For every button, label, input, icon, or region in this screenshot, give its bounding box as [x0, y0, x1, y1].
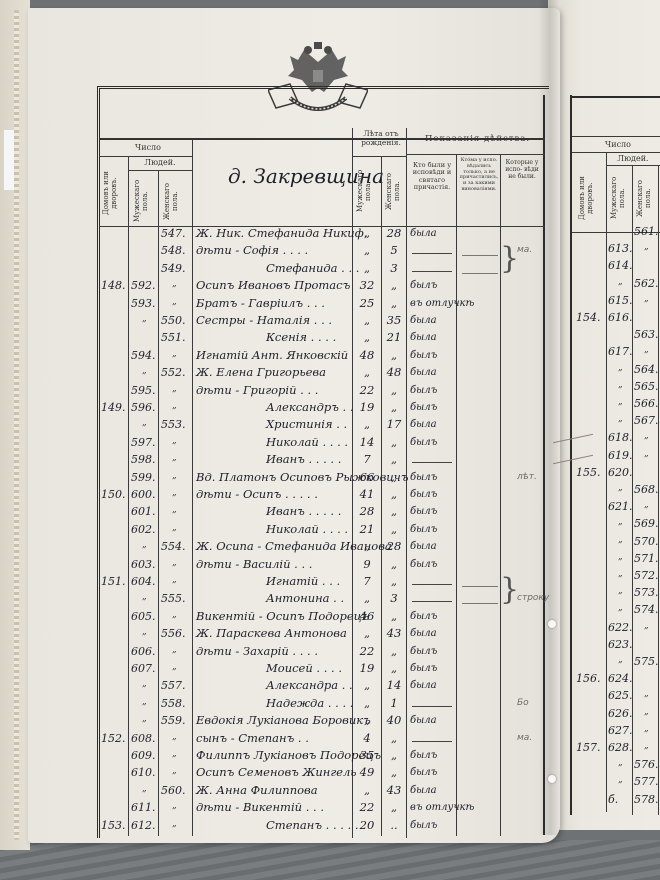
right-female-number: „ — [644, 742, 649, 751]
male-number: 612. — [131, 820, 156, 831]
person-name: Антонина . . — [266, 593, 344, 605]
age-female: „ — [383, 646, 405, 658]
margin-note: Бо — [517, 698, 529, 708]
female-number: „ — [172, 559, 177, 568]
age-male: 7 — [356, 454, 378, 466]
right-male-number: 627. — [608, 725, 633, 736]
female-number: 547. — [161, 228, 186, 239]
female-number: 549. — [161, 263, 186, 274]
right-page: Число Людей. Домовъ или дворовъ. Мужеска… — [548, 0, 660, 830]
confession-status: была — [410, 629, 437, 639]
age-female: „ — [383, 472, 405, 484]
person-name: Стефанида . . . — [266, 263, 359, 275]
desk-surface — [0, 840, 660, 880]
age-female: „ — [383, 802, 405, 814]
person-name: Александръ . . — [266, 402, 354, 414]
right-female-number: „ — [644, 690, 649, 699]
male-number: 603. — [131, 559, 156, 570]
household-number: 153. — [101, 820, 126, 831]
right-male-number: „ — [618, 587, 623, 596]
person-name: Николай . . . . — [266, 524, 348, 536]
female-number: 553. — [161, 419, 186, 430]
person-name: дѣти - Осипъ . . . . . — [196, 489, 318, 501]
male-number: 611. — [131, 802, 156, 813]
confession-status: былъ — [410, 473, 437, 483]
right-male-number: „ — [618, 604, 623, 613]
right-male-number: 616. — [608, 312, 633, 323]
male-number: 606. — [131, 646, 156, 657]
age-male: 48 — [356, 350, 378, 362]
right-female-number: „ — [644, 243, 649, 252]
pencil-dash — [462, 603, 498, 604]
header-rule — [100, 156, 192, 157]
right-households-header: Домовъ или дворовъ. — [578, 168, 604, 228]
age-female: 3 — [383, 263, 405, 275]
person-name: сынъ - Степанъ . . — [196, 733, 309, 745]
female-number: „ — [172, 437, 177, 446]
status-dash — [412, 741, 452, 742]
person-name: дѣти - Софія . . . . — [196, 245, 308, 257]
person-name: Сестры - Наталія . . . — [196, 315, 332, 327]
right-male-number: „ — [618, 364, 623, 373]
age-female: „ — [383, 454, 405, 466]
right-female-number: „ — [644, 622, 649, 631]
right-female-number: 577. — [634, 776, 659, 787]
age-female: „ — [383, 437, 405, 449]
right-male-number: „ — [618, 553, 623, 562]
male-number: 609. — [131, 750, 156, 761]
confession-status: былъ — [410, 560, 437, 570]
margin-note: строку — [517, 593, 549, 603]
binding-stitch — [548, 775, 556, 783]
age-male: 19 — [356, 663, 378, 675]
age-male: „ — [356, 715, 378, 727]
age-male: „ — [356, 315, 378, 327]
person-name: Филиппъ Лукіановъ Подорецъ — [196, 750, 381, 762]
age-male-header: Мужескаго пола. — [356, 162, 378, 220]
confession-status: въ отлучкѣ — [410, 803, 474, 813]
confession-status: была — [410, 681, 437, 691]
right-male-number: 614. — [608, 260, 633, 271]
right-male-number: 618. — [608, 432, 633, 443]
male-number: „ — [142, 593, 147, 602]
header-rule — [352, 156, 406, 157]
female-number: 548. — [161, 245, 186, 256]
count-header: Число — [104, 143, 192, 152]
bookmark-tab — [4, 130, 14, 190]
age-female: 40 — [383, 715, 405, 727]
person-name: Евдокія Лукіанова Боровикъ — [196, 715, 371, 727]
age-female: „ — [383, 280, 405, 292]
right-male-number: 615. — [608, 295, 633, 306]
male-number: 594. — [131, 350, 156, 361]
age-male: 49 — [356, 767, 378, 779]
right-male-number: „ — [618, 415, 623, 424]
age-female: „ — [383, 611, 405, 623]
male-number: „ — [142, 628, 147, 637]
age-female: „ — [383, 733, 405, 745]
confession-status: была — [410, 420, 437, 430]
age-male: 22 — [356, 385, 378, 397]
right-female-number: 562. — [634, 278, 659, 289]
age-female: „ — [383, 524, 405, 536]
confession-status: была — [410, 716, 437, 726]
confession-status: былъ — [410, 507, 437, 517]
age-female: 17 — [383, 419, 405, 431]
right-female-number: „ — [644, 346, 649, 355]
pencil-dash — [462, 255, 498, 256]
header-rule — [406, 154, 545, 155]
confession-status: былъ — [410, 351, 437, 361]
person-name: дѣти - Василій . . . — [196, 559, 312, 571]
right-female-number: 569. — [634, 518, 659, 529]
male-number: 604. — [131, 576, 156, 587]
right-female-number: 571. — [634, 553, 659, 564]
person-name: дѣти - Викентій . . . — [196, 802, 324, 814]
right-female-number: 578. — [634, 794, 659, 805]
male-number: 608. — [131, 733, 156, 744]
right-household-number: 155. — [576, 467, 601, 478]
household-number: 150. — [101, 489, 126, 500]
female-number: „ — [172, 802, 177, 811]
age-female: 1 — [383, 698, 405, 710]
person-name: Надежда . . . . — [266, 698, 353, 710]
person-name: Иванъ . . . . . — [266, 454, 341, 466]
right-col-rule-1 — [606, 152, 607, 812]
right-female-number: 570. — [634, 536, 659, 547]
people-header: Людей. — [130, 158, 190, 167]
age-male: „ — [356, 367, 378, 379]
confession-status: была — [410, 786, 437, 796]
confession-status: былъ — [410, 525, 437, 535]
person-name: Ж. Елена Григорьева — [196, 367, 326, 379]
households-header: Домовъ или дворовъ. — [102, 162, 126, 224]
confession-status: былъ — [410, 490, 437, 500]
right-female-number: „ — [644, 432, 649, 441]
age-male: 28 — [356, 506, 378, 518]
right-male-number: „ — [618, 759, 623, 768]
right-male-number: „ — [618, 570, 623, 579]
age-male: 32 — [356, 280, 378, 292]
right-female-number: 566. — [634, 398, 659, 409]
book-binding — [0, 0, 30, 850]
right-header-rule — [572, 136, 660, 137]
female-number: „ — [172, 489, 177, 498]
male-count-header: Мужескаго пола. — [133, 174, 151, 228]
right-male-number: 621. — [608, 501, 633, 512]
person-name: Ж. Анна Филиппова — [196, 785, 318, 797]
right-male-header: Мужескаго пола. — [610, 172, 628, 224]
age-female: 35 — [383, 315, 405, 327]
right-female-number: 561. — [634, 226, 659, 237]
age-male: „ — [356, 628, 378, 640]
age-female: „ — [383, 402, 405, 414]
confession-status: въ отлучкѣ — [410, 299, 474, 309]
right-household-number: 154. — [576, 312, 601, 323]
confession-status: былъ — [410, 821, 437, 831]
female-number: „ — [172, 472, 177, 481]
age-male: 19 — [356, 402, 378, 414]
age-female: 14 — [383, 680, 405, 692]
age-male: „ — [356, 593, 378, 605]
testimony-header: Показанія дѣйства. — [410, 135, 545, 145]
status-dash — [412, 253, 452, 254]
age-male: 22 — [356, 646, 378, 658]
right-male-number: 617. — [608, 346, 633, 357]
female-number: 550. — [161, 315, 186, 326]
right-female-number: 576. — [634, 759, 659, 770]
age-female: „ — [383, 350, 405, 362]
male-number: „ — [142, 367, 147, 376]
age-male: 41 — [356, 489, 378, 501]
status-dash — [412, 601, 452, 602]
age-female: 5 — [383, 245, 405, 257]
pencil-dash — [462, 273, 498, 274]
female-number: „ — [172, 298, 177, 307]
confession-status: былъ — [410, 612, 437, 622]
person-name: Игнатій Ант. Янковскій — [196, 350, 348, 362]
male-number: „ — [142, 698, 147, 707]
age-male: „ — [356, 541, 378, 553]
age-male: 46 — [356, 611, 378, 623]
confession-status: былъ — [410, 751, 437, 761]
age-female-header: Женскаго пола. — [385, 162, 405, 220]
age-female: „ — [383, 489, 405, 501]
male-number: 607. — [131, 663, 156, 674]
confession-status: былъ — [410, 386, 437, 396]
age-female: 21 — [383, 332, 405, 344]
right-male-number: 625. — [608, 690, 633, 701]
right-female-number: 572. — [634, 570, 659, 581]
female-number: 560. — [161, 785, 186, 796]
age-male: 14 — [356, 437, 378, 449]
right-male-number: 613. — [608, 243, 633, 254]
confession-status: былъ — [410, 664, 437, 674]
right-male-number: „ — [618, 656, 623, 665]
bracket-mark: } — [500, 241, 519, 276]
male-number: 599. — [131, 472, 156, 483]
female-number: „ — [172, 402, 177, 411]
male-number: 597. — [131, 437, 156, 448]
person-name: дѣти - Захарій . . . . — [196, 646, 318, 658]
confession-status: былъ — [410, 403, 437, 413]
right-header-rule-2 — [572, 152, 660, 153]
age-male: 4 — [356, 733, 378, 745]
right-female-number: 575. — [634, 656, 659, 667]
not-confessed-header: Которые у испо- вѣди не были. — [502, 160, 542, 181]
male-number: 601. — [131, 506, 156, 517]
age-male: „ — [356, 263, 378, 275]
female-number: „ — [172, 733, 177, 742]
person-name: Осипъ Семеновъ Жингель — [196, 767, 357, 779]
status-dash — [412, 271, 452, 272]
col-rule-male — [158, 170, 159, 836]
household-number: 149. — [101, 402, 126, 413]
right-male-number: „ — [618, 381, 623, 390]
col-rule-households — [128, 156, 129, 836]
age-female: „ — [383, 576, 405, 588]
age-female: „ — [383, 506, 405, 518]
age-male: 66 — [356, 472, 378, 484]
female-number: „ — [172, 663, 177, 672]
female-number: „ — [172, 646, 177, 655]
male-number: „ — [142, 785, 147, 794]
person-name: Викентій - Осипъ Подорецъ — [196, 611, 369, 623]
right-header-rule-3 — [606, 165, 660, 166]
margin-note: ма. — [517, 245, 532, 255]
female-number: 557. — [161, 680, 186, 691]
person-name: Ксенія . . . . — [266, 332, 336, 344]
age-female: 43 — [383, 785, 405, 797]
right-male-number: „ — [618, 278, 623, 287]
right-frame-top — [572, 96, 660, 98]
age-male: „ — [356, 419, 378, 431]
male-number: 595. — [131, 385, 156, 396]
age-male: 9 — [356, 559, 378, 571]
person-name: Братъ - Гавріилъ . . . — [196, 298, 325, 310]
male-number: 598. — [131, 454, 156, 465]
right-male-number: б. — [608, 794, 618, 805]
margin-note: лѣт. — [517, 472, 537, 482]
person-name: Александра . . — [266, 680, 353, 692]
col-rule-age-split — [381, 156, 382, 836]
person-name: Николай . . . . — [266, 437, 348, 449]
header-rule — [128, 170, 192, 171]
confessed-header: Кто были у исповѣди и святаго причастія. — [408, 162, 456, 192]
right-female-number: 563. — [634, 329, 659, 340]
female-number: 556. — [161, 628, 186, 639]
right-female-number: „ — [644, 501, 649, 510]
person-name: Игнатій . . . — [266, 576, 340, 588]
male-number: „ — [142, 680, 147, 689]
confession-status: была — [410, 316, 437, 326]
status-dash — [412, 462, 452, 463]
female-number: „ — [172, 350, 177, 359]
person-name: Моисей . . . . — [266, 663, 342, 675]
confession-status: была — [410, 368, 437, 378]
frame-right-rule — [543, 95, 545, 835]
right-female-number: „ — [644, 450, 649, 459]
right-female-number: „ — [644, 725, 649, 734]
male-number: 600. — [131, 489, 156, 500]
male-number: „ — [142, 419, 147, 428]
age-male: „ — [356, 785, 378, 797]
confession-status: былъ — [410, 647, 437, 657]
male-number: „ — [142, 541, 147, 550]
age-male: 7 — [356, 576, 378, 588]
male-number: 592. — [131, 280, 156, 291]
age-male: 25 — [356, 298, 378, 310]
female-number: „ — [172, 385, 177, 394]
male-number: 605. — [131, 611, 156, 622]
col-rule-names — [192, 140, 193, 836]
only-confessed-header: Кто́ма у испо. вѣдались только, а не при… — [458, 158, 500, 193]
person-name: дѣти - Григорій . . . — [196, 385, 318, 397]
female-number: „ — [172, 576, 177, 585]
age-female: 28 — [383, 228, 405, 240]
female-number: „ — [172, 820, 177, 829]
right-household-number: 157. — [576, 742, 601, 753]
female-number: 552. — [161, 367, 186, 378]
female-number: „ — [172, 280, 177, 289]
female-number: 558. — [161, 698, 186, 709]
right-female-number: „ — [644, 295, 649, 304]
right-female-number: 565. — [634, 381, 659, 392]
age-female: .. — [383, 820, 405, 832]
right-male-number: 628. — [608, 742, 633, 753]
right-male-number: 624. — [608, 673, 633, 684]
age-female: „ — [383, 385, 405, 397]
female-number: „ — [172, 506, 177, 515]
right-female-number: 567. — [634, 415, 659, 426]
female-number: 555. — [161, 593, 186, 604]
confession-status: была — [410, 542, 437, 552]
age-male: 20 — [356, 820, 378, 832]
right-female-number: 568. — [634, 484, 659, 495]
age-female: 48 — [383, 367, 405, 379]
confession-status: была — [410, 333, 437, 343]
binding-thread — [14, 10, 19, 840]
age-female: „ — [383, 767, 405, 779]
right-people-header: Людей. — [608, 154, 658, 163]
right-count-header: Число — [588, 140, 648, 149]
right-female-number: 573. — [634, 587, 659, 598]
female-number: 559. — [161, 715, 186, 726]
status-dash — [412, 706, 452, 707]
person-name: Иванъ . . . . . — [266, 506, 341, 518]
age-male: „ — [356, 680, 378, 692]
age-female: „ — [383, 298, 405, 310]
bracket-mark: } — [500, 572, 519, 607]
female-number: „ — [172, 767, 177, 776]
female-number: „ — [172, 524, 177, 533]
age-male: „ — [356, 228, 378, 240]
age-female: „ — [383, 750, 405, 762]
female-count-header: Женскаго пола. — [163, 174, 181, 228]
confession-status: былъ — [410, 281, 437, 291]
male-number: „ — [142, 315, 147, 324]
right-male-number: 623. — [608, 639, 633, 650]
age-female: 3 — [383, 593, 405, 605]
female-number: „ — [172, 611, 177, 620]
age-header: Лѣта отъ рожденія. — [356, 130, 406, 147]
person-name: Осипъ Ивановъ Протасъ — [196, 280, 350, 292]
female-number: 551. — [161, 332, 186, 343]
right-male-number: „ — [618, 518, 623, 527]
confession-status: былъ — [410, 438, 437, 448]
confession-status: былъ — [410, 768, 437, 778]
household-number: 152. — [101, 733, 126, 744]
right-male-number: 619. — [608, 450, 633, 461]
pencil-dash — [462, 586, 498, 587]
right-female-number: „ — [644, 708, 649, 717]
right-male-number: „ — [618, 484, 623, 493]
right-female-number: 574. — [634, 604, 659, 615]
right-male-number: „ — [618, 398, 623, 407]
confession-status: была — [410, 229, 437, 239]
age-male: „ — [356, 698, 378, 710]
male-number: 596. — [131, 402, 156, 413]
male-number: „ — [142, 715, 147, 724]
age-male: 21 — [356, 524, 378, 536]
age-female: „ — [383, 663, 405, 675]
person-name: Ж. Ник. Стефанида Никиф. — [196, 228, 367, 240]
male-number: 602. — [131, 524, 156, 535]
right-male-number: 626. — [608, 708, 633, 719]
age-female: 28 — [383, 541, 405, 553]
binding-stitch — [548, 620, 556, 628]
male-number: 593. — [131, 298, 156, 309]
